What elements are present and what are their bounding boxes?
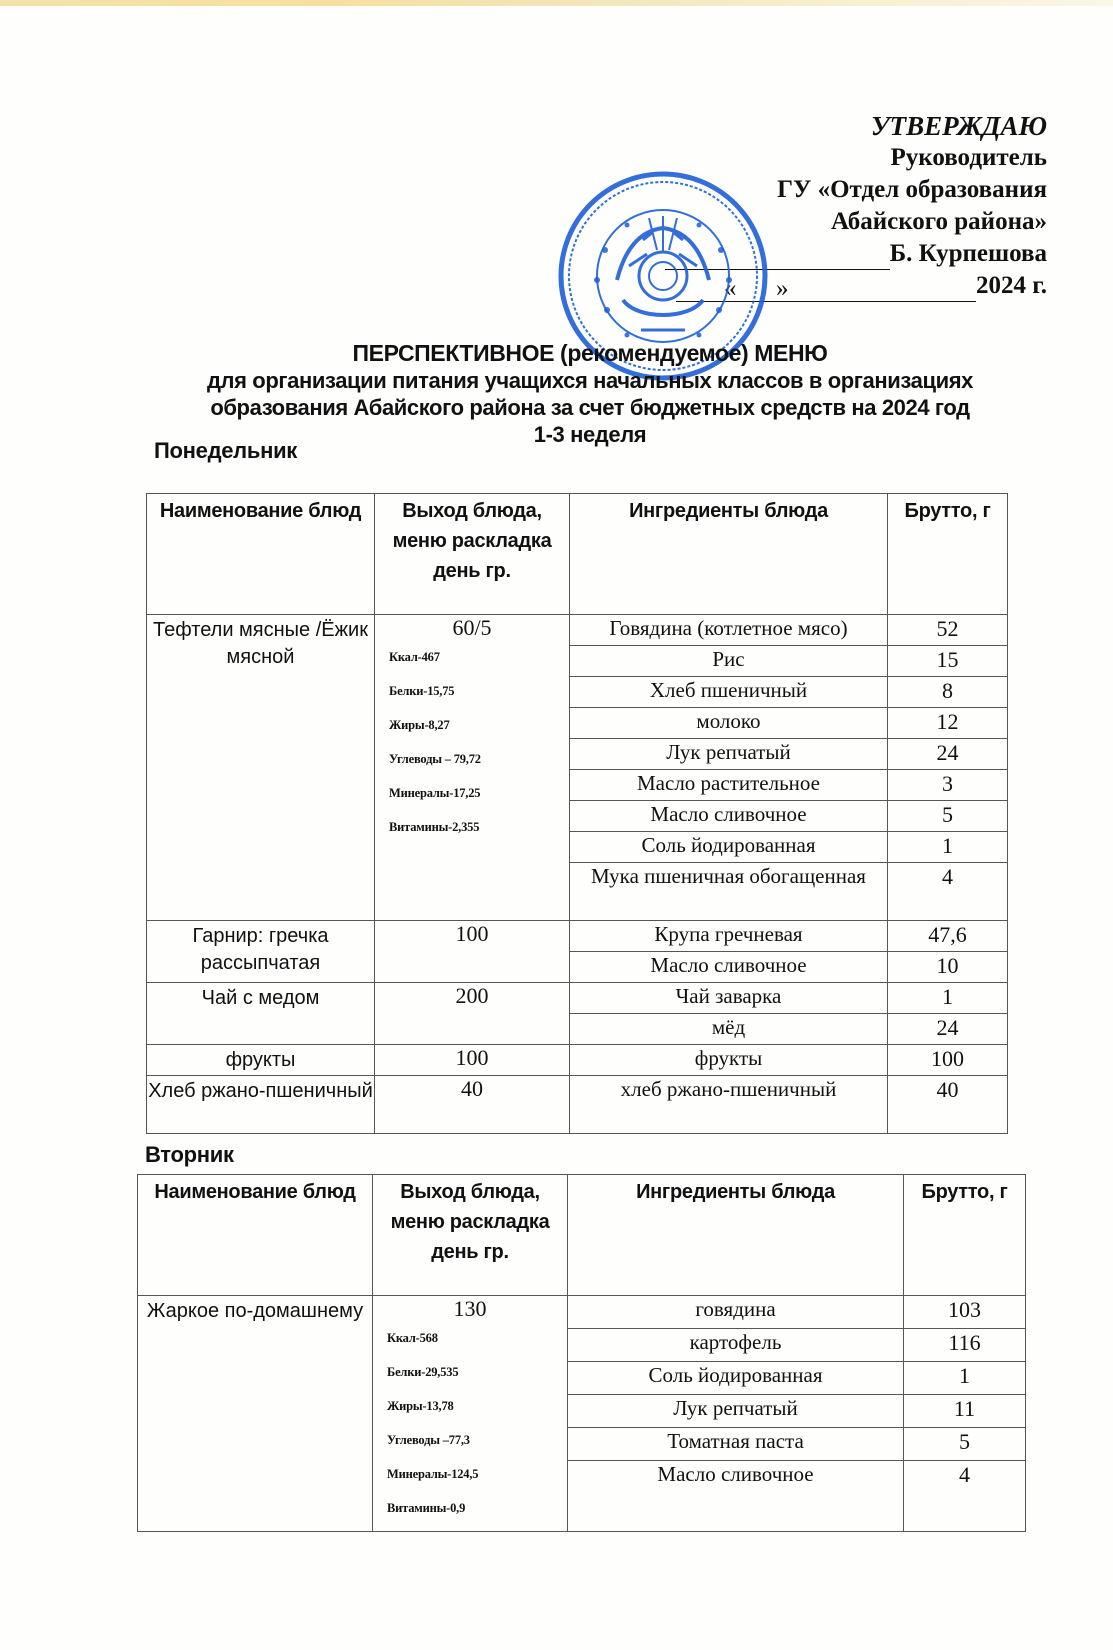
approval-org-line1: ГУ «Отдел образования: [665, 174, 1047, 206]
date-line: « » 2024 г.: [665, 270, 1047, 302]
day-label: Понедельник: [154, 438, 297, 464]
column-header-dish: Наименование блюд: [147, 494, 375, 615]
ingredient-name: Томатная паста: [568, 1428, 904, 1461]
nutrition-value: Белки-29,535: [373, 1355, 567, 1389]
ingredient-gross: 11: [904, 1395, 1026, 1428]
nutrition-value: Жиры-8,27: [375, 708, 569, 742]
nutrition-value: Жиры-13,78: [373, 1389, 567, 1423]
table-row: Чай с медом200Чай заварка1: [147, 983, 1008, 1014]
ingredient-gross: 1: [888, 832, 1008, 863]
ingredient-gross: 1: [888, 983, 1008, 1014]
dish-name: Жаркое по-домашнему: [138, 1296, 373, 1532]
yield-value: 200: [375, 984, 569, 1008]
ingredient-name: Соль йодированная: [570, 832, 888, 863]
ingredient-name: Лук репчатый: [568, 1395, 904, 1428]
yield-value: 100: [375, 1046, 569, 1070]
menu-table-tuesday: Наименование блюдВыход блюда, меню раскл…: [137, 1174, 1026, 1532]
ingredient-name: Мука пшеничная обогащенная: [570, 863, 888, 921]
ingredient-name: Говядина (котлетное мясо): [570, 615, 888, 646]
ingredient-gross: 5: [888, 801, 1008, 832]
date-quote-close: »: [776, 273, 789, 305]
ingredient-name: говядина: [568, 1296, 904, 1329]
ingredient-gross: 4: [888, 863, 1008, 921]
ingredient-gross: 24: [888, 1014, 1008, 1045]
column-header-ingredients: Ингредиенты блюда: [568, 1175, 904, 1296]
ingredient-name: хлеб ржано-пшеничный: [570, 1076, 888, 1134]
ingredient-gross: 47,6: [888, 921, 1008, 952]
signature-line: Б. Курпешова: [665, 238, 1047, 270]
ingredient-name: Соль йодированная: [568, 1362, 904, 1395]
table-row: Гарнир: гречка рассыпчатая100Крупа гречн…: [147, 921, 1008, 952]
yield-value: 100: [375, 922, 569, 946]
signature-blank: [665, 245, 890, 270]
approval-title: УТВЕРЖДАЮ: [665, 110, 1047, 142]
approval-position: Руководитель: [665, 142, 1047, 174]
dish-yield: 40: [375, 1076, 570, 1134]
nutrition-value: Углеводы – 79,72: [375, 742, 569, 776]
table-row: Жаркое по-домашнему130Ккал-568Белки-29,5…: [138, 1296, 1026, 1329]
ingredient-gross: 5: [904, 1428, 1026, 1461]
dish-yield: 100: [375, 921, 570, 983]
menu-table-monday: Наименование блюдВыход блюда, меню раскл…: [146, 493, 1008, 1134]
column-header-ingredients: Ингредиенты блюда: [570, 494, 888, 615]
paper-edge-stain: [0, 0, 1113, 6]
table-row: Тефтели мясные /Ёжик мясной60/5Ккал-467Б…: [147, 615, 1008, 646]
nutrition-value: Ккал-467: [375, 640, 569, 674]
dish-name: Хлеб ржано-пшеничный: [147, 1076, 375, 1134]
table-row: Хлеб ржано-пшеничный40хлеб ржано-пшеничн…: [147, 1076, 1008, 1134]
day-label: Вторник: [145, 1142, 234, 1168]
yield-value: 130: [373, 1297, 567, 1321]
ingredient-name: Чай заварка: [570, 983, 888, 1014]
dish-yield: 100: [375, 1045, 570, 1076]
column-header-dish: Наименование блюд: [138, 1175, 373, 1296]
date-year: 2024 г.: [976, 272, 1047, 299]
ingredient-gross: 12: [888, 708, 1008, 739]
ingredient-gross: 10: [888, 952, 1008, 983]
nutrition-value: Углеводы –77,3: [373, 1423, 567, 1457]
ingredient-gross: 1: [904, 1362, 1026, 1395]
ingredient-gross: 40: [888, 1076, 1008, 1134]
column-header-gross: Брутто, г: [888, 494, 1008, 615]
ingredient-name: молоко: [570, 708, 888, 739]
ingredient-gross: 103: [904, 1296, 1026, 1329]
dish-yield: 60/5Ккал-467Белки-15,75Жиры-8,27Углеводы…: [375, 615, 570, 921]
ingredient-name: Масло сливочное: [568, 1461, 904, 1532]
ingredient-name: мёд: [570, 1014, 888, 1045]
ingredient-gross: 3: [888, 770, 1008, 801]
nutrition-value: Минералы-124,5: [373, 1457, 567, 1491]
ingredient-gross: 116: [904, 1329, 1026, 1362]
ingredient-gross: 100: [888, 1045, 1008, 1076]
column-header-yield: Выход блюда, меню раскладка день гр.: [373, 1175, 568, 1296]
ingredient-name: картофель: [568, 1329, 904, 1362]
date-blank: « »: [676, 277, 976, 302]
nutrition-value: Витамины-0,9: [373, 1491, 567, 1525]
approval-block: УТВЕРЖДАЮ Руководитель ГУ «Отдел образов…: [665, 110, 1047, 302]
ingredient-gross: 15: [888, 646, 1008, 677]
table-row: фрукты100фрукты100: [147, 1045, 1008, 1076]
ingredient-name: Лук репчатый: [570, 739, 888, 770]
ingredient-name: Крупа гречневая: [570, 921, 888, 952]
nutrition-value: Белки-15,75: [375, 674, 569, 708]
dish-name: Чай с медом: [147, 983, 375, 1045]
document-heading: ПЕРСПЕКТИВНОЕ (рекомендуемое) МЕНЮ для о…: [150, 340, 1030, 448]
ingredient-gross: 52: [888, 615, 1008, 646]
ingredient-gross: 8: [888, 677, 1008, 708]
heading-title: ПЕРСПЕКТИВНОЕ (рекомендуемое) МЕНЮ: [150, 340, 1030, 367]
ingredient-name: Масло сливочное: [570, 801, 888, 832]
table-header-row: Наименование блюдВыход блюда, меню раскл…: [138, 1175, 1026, 1296]
ingredient-name: Хлеб пшеничный: [570, 677, 888, 708]
ingredient-name: Рис: [570, 646, 888, 677]
ingredient-gross: 24: [888, 739, 1008, 770]
date-quote-open: «: [724, 273, 737, 305]
dish-name: Гарнир: гречка рассыпчатая: [147, 921, 375, 983]
column-header-gross: Брутто, г: [904, 1175, 1026, 1296]
ingredient-name: Масло сливочное: [570, 952, 888, 983]
approval-org-line2: Абайского района»: [665, 206, 1047, 238]
yield-value: 40: [375, 1077, 569, 1101]
heading-line3: образования Абайского района за счет бюд…: [150, 394, 1030, 421]
ingredient-gross: 4: [904, 1461, 1026, 1532]
dish-yield: 200: [375, 983, 570, 1045]
nutrition-value: Ккал-568: [373, 1321, 567, 1355]
ingredient-name: Масло растительное: [570, 770, 888, 801]
nutrition-value: Минералы-17,25: [375, 776, 569, 810]
signatory-name: Б. Курпешова: [890, 240, 1047, 267]
yield-value: 60/5: [375, 616, 569, 640]
dish-name: Тефтели мясные /Ёжик мясной: [147, 615, 375, 921]
dish-name: фрукты: [147, 1045, 375, 1076]
heading-line2: для организации питания учащихся начальн…: [150, 367, 1030, 394]
nutrition-value: Витамины-2,355: [375, 810, 569, 844]
dish-yield: 130Ккал-568Белки-29,535Жиры-13,78Углевод…: [373, 1296, 568, 1532]
column-header-yield: Выход блюда, меню раскладка день гр.: [375, 494, 570, 615]
ingredient-name: фрукты: [570, 1045, 888, 1076]
table-header-row: Наименование блюдВыход блюда, меню раскл…: [147, 494, 1008, 615]
